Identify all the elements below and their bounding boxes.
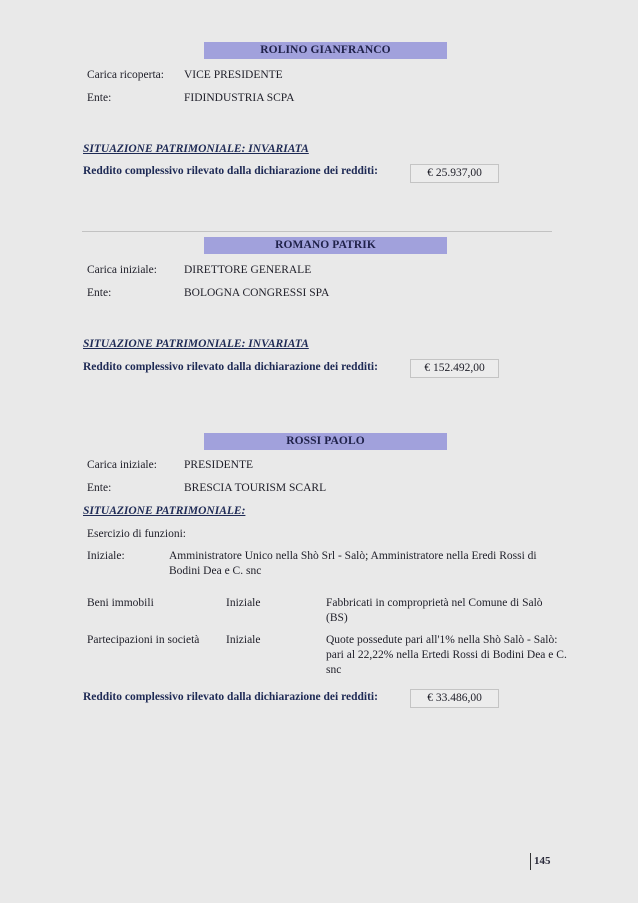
entity-value: BRESCIA TOURISM SCARL [184, 482, 326, 494]
asset-category: Partecipazioni in società [87, 633, 199, 648]
role-label: Carica iniziale: [87, 264, 157, 276]
asset-category: Beni immobili [87, 596, 154, 611]
section-divider [82, 231, 552, 232]
reddito-value-box: € 25.937,00 [410, 164, 499, 183]
iniziale-value: Amministratore Unico nella Shò Srl - Sal… [169, 549, 569, 579]
asset-description: Quote possedute pari all'1% nella Shò Sa… [326, 633, 568, 678]
role-value: VICE PRESIDENTE [184, 69, 283, 81]
reddito-value-box: € 152.492,00 [410, 359, 499, 378]
situazione-patrimoniale-heading: SITUAZIONE PATRIMONIALE: INVARIATA [83, 338, 309, 350]
role-label: Carica iniziale: [87, 459, 157, 471]
situazione-patrimoniale-heading: SITUAZIONE PATRIMONIALE: INVARIATA [83, 143, 309, 155]
person-name-header: ROSSI PAOLO [204, 433, 447, 450]
role-value: PRESIDENTE [184, 459, 253, 471]
asset-status: Iniziale [226, 596, 260, 611]
role-value: DIRETTORE GENERALE [184, 264, 311, 276]
page-number: 145 [530, 853, 551, 870]
esercizio-funzioni-label: Esercizio di funzioni: [87, 527, 186, 542]
asset-description: Fabbricati in comproprietà nel Comune di… [326, 596, 566, 626]
person-name-header: ROMANO PATRIK [204, 237, 447, 254]
asset-status: Iniziale [226, 633, 260, 648]
iniziale-label: Iniziale: [87, 549, 125, 564]
entity-label: Ente: [87, 287, 111, 299]
reddito-value-box: € 33.486,00 [410, 689, 499, 708]
role-label: Carica ricoperta: [87, 69, 164, 81]
person-name-header: ROLINO GIANFRANCO [204, 42, 447, 59]
entity-value: BOLOGNA CONGRESSI SPA [184, 287, 329, 299]
entity-label: Ente: [87, 482, 111, 494]
reddito-label: Reddito complessivo rilevato dalla dichi… [83, 691, 378, 703]
reddito-label: Reddito complessivo rilevato dalla dichi… [83, 165, 378, 177]
entity-value: FIDINDUSTRIA SCPA [184, 92, 294, 104]
situazione-patrimoniale-heading: SITUAZIONE PATRIMONIALE: [83, 505, 245, 517]
entity-label: Ente: [87, 92, 111, 104]
reddito-label: Reddito complessivo rilevato dalla dichi… [83, 361, 378, 373]
